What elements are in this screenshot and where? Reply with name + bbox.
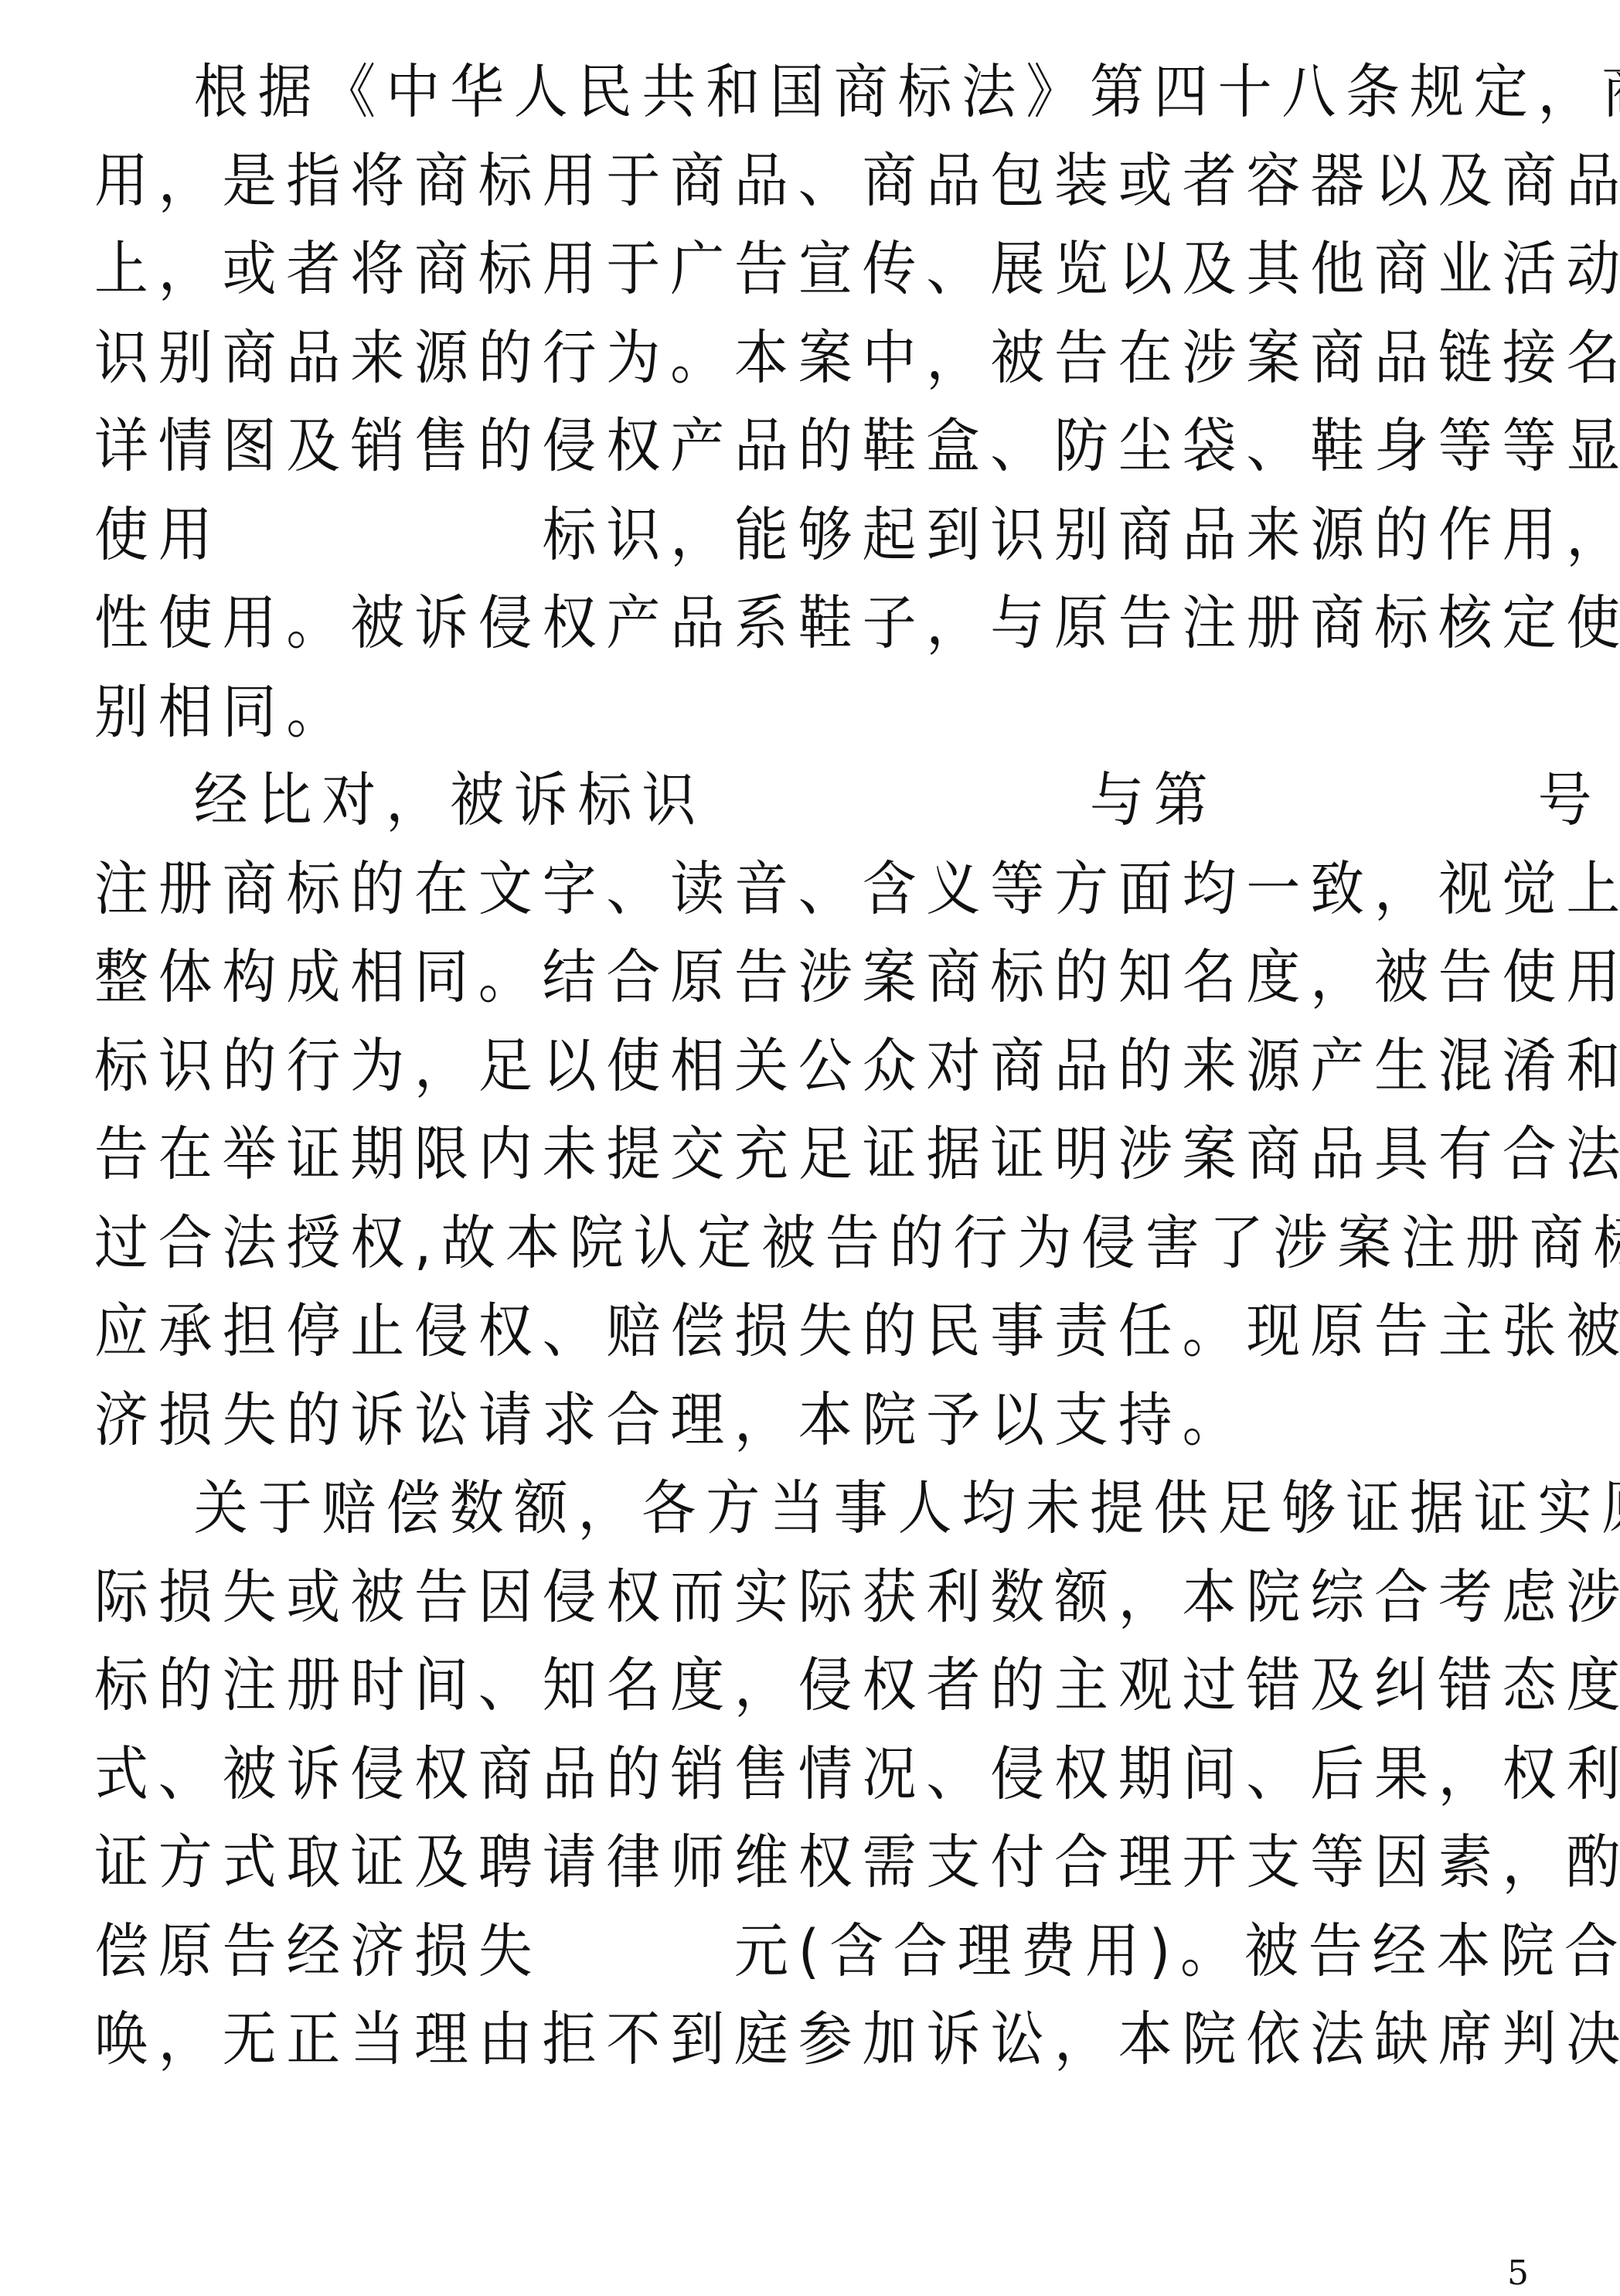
paragraph-compensation: 关于赔偿数额，各方当事人均未提供足够证据证实原告的实 际损失或被告因侵权而实际获… xyxy=(94,1464,1520,2084)
text-line: 识别商品来源的行为。本案中，被告在涉案商品链接名称、商品 xyxy=(94,314,1406,403)
text-line: 用，是指将商标用于商品、商品包装或者容器以及商品交易文书 xyxy=(94,137,1406,226)
text-line: 使用 标识，能够起到识别商品来源的作用，构成商标 xyxy=(94,491,1406,580)
page-number: 5 xyxy=(1507,2253,1529,2293)
text-line: 经比对，被诉标识 与第 号 xyxy=(94,756,1406,845)
text-line: 济损失的诉讼请求合理，本院予以支持。 xyxy=(94,1376,1406,1465)
text-line: 注册商标的在文字、读音、含义等方面均一致，视觉上无差别， xyxy=(94,845,1406,934)
text-line: 上，或者将商标用于广告宣传、展览以及其他商业活动中，用于 xyxy=(94,225,1406,314)
text-line: 整体构成相同。结合原告涉案商标的知名度，被告使用前述被诉 xyxy=(94,933,1406,1022)
document-body: 根据《中华人民共和国商标法》第四十八条规定，商标的使 用，是指将商标用于商品、商… xyxy=(94,48,1520,2084)
text-line: 性使用。被诉侵权产品系鞋子，与原告注册商标核定使用商品类 xyxy=(94,579,1406,668)
text-line: 告在举证期限内未提交充足证据证明涉案商品具有合法来源或经 xyxy=(94,1110,1406,1199)
paragraph-comparison: 经比对，被诉标识 与第 号 注册商标的在文字、读音、含义等方面均一致，视觉上无差… xyxy=(94,756,1520,1464)
text-line: 偿原告经济损失 元(含合理费用)。被告经本院合法传票传 xyxy=(94,1907,1406,1996)
text-line: 唤，无正当理由拒不到庭参加诉讼，本院依法缺席判决。 xyxy=(94,1995,1406,2084)
text-line: 应承担停止侵权、赔偿损失的民事责任。现原告主张被告赔偿经 xyxy=(94,1287,1406,1376)
text-line: 式、被诉侵权商品的销售情况、侵权期间、后果，权利人采用公 xyxy=(94,1730,1406,1819)
text-line: 证方式取证及聘请律师维权需支付合理开支等因素，酌定被告赔 xyxy=(94,1818,1406,1907)
paragraph-trademark-use: 根据《中华人民共和国商标法》第四十八条规定，商标的使 用，是指将商标用于商品、商… xyxy=(94,48,1520,756)
text-line: 详情图及销售的侵权产品的鞋盒、防尘袋、鞋身等等显著位置上 xyxy=(94,402,1406,491)
text-line: 过合法授权,故本院认定被告的行为侵害了涉案注册商标专用权, xyxy=(94,1199,1406,1288)
document-page: 根据《中华人民共和国商标法》第四十八条规定，商标的使 用，是指将商标用于商品、商… xyxy=(0,0,1620,2296)
text-line: 标的注册时间、知名度，侵权者的主观过错及纠错态度、侵权形 xyxy=(94,1641,1406,1730)
text-line: 别相同。 xyxy=(94,668,1406,757)
text-line: 根据《中华人民共和国商标法》第四十八条规定，商标的使 xyxy=(94,48,1406,137)
text-line: 标识的行为，足以使相关公众对商品的来源产生混淆和误认。被 xyxy=(94,1022,1406,1111)
text-line: 关于赔偿数额，各方当事人均未提供足够证据证实原告的实 xyxy=(94,1464,1406,1553)
text-line: 际损失或被告因侵权而实际获利数额，本院综合考虑涉案注册商 xyxy=(94,1553,1406,1642)
